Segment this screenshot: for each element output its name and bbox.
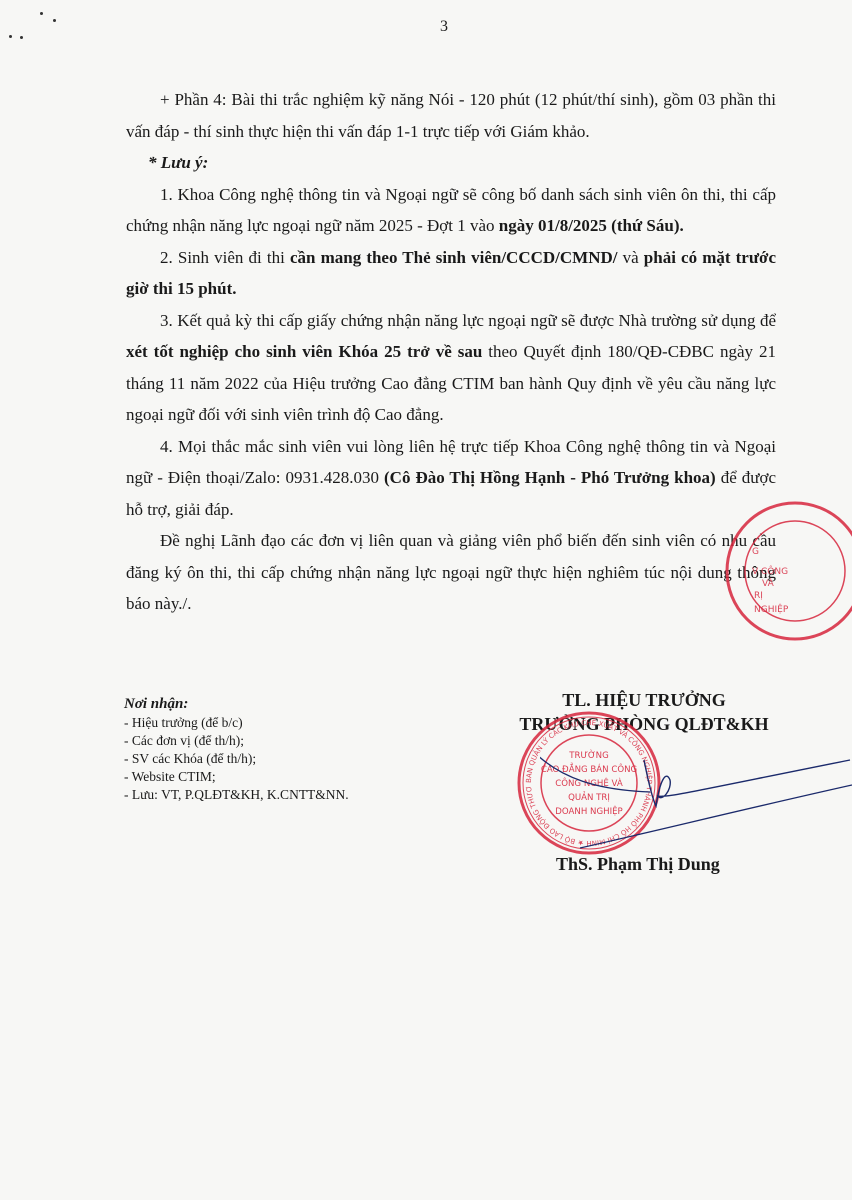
signature-title-2: TRƯỞNG PHÒNG QLĐT&KH: [494, 712, 794, 736]
svg-text:TRƯỜNG: TRƯỜNG: [568, 749, 609, 761]
svg-text:CAO ĐẲNG BÁN CÔNG: CAO ĐẲNG BÁN CÔNG: [541, 762, 637, 775]
recipient-item: - Các đơn vị (để th/h);: [124, 732, 349, 750]
document-body: + Phần 4: Bài thi trắc nghiệm kỹ năng Nó…: [126, 84, 776, 620]
note-1: 1. Khoa Công nghệ thông tin và Ngoại ngữ…: [126, 179, 776, 242]
signature-block: TL. HIỆU TRƯỞNG TRƯỞNG PHÒNG QLĐT&KH: [494, 688, 794, 736]
recipients-block: Nơi nhận: - Hiệu trưởng (để b/c) - Các đ…: [124, 694, 349, 804]
svg-text:CÔNG NGHỆ VÀ: CÔNG NGHỆ VÀ: [555, 777, 623, 789]
page-number: 3: [440, 18, 448, 36]
signer-name: ThS. Phạm Thị Dung: [556, 854, 720, 875]
document-page: 3 + Phần 4: Bài thi trắc nghiệm kỹ năng …: [0, 0, 852, 1200]
recipient-item: - Website CTIM;: [124, 768, 349, 786]
recipient-item: - Lưu: VT, P.QLĐT&KH, K.CNTT&NN.: [124, 786, 349, 804]
handwritten-signature-icon: [540, 740, 852, 850]
part4-paragraph: + Phần 4: Bài thi trắc nghiệm kỹ năng Nó…: [126, 84, 776, 147]
signature-title-1: TL. HIỆU TRƯỞNG: [494, 688, 794, 712]
scan-specks: [6, 8, 66, 38]
note-3: 3. Kết quả kỳ thi cấp giấy chứng nhận nă…: [126, 305, 776, 431]
recipient-item: - Hiệu trưởng (để b/c): [124, 714, 349, 732]
svg-text:DOANH NGHIỆP: DOANH NGHIỆP: [555, 805, 622, 817]
recipients-heading: Nơi nhận:: [124, 694, 349, 714]
closing-paragraph: Đề nghị Lãnh đạo các đơn vị liên quan và…: [126, 525, 776, 620]
note-2: 2. Sinh viên đi thi cần mang theo Thẻ si…: [126, 242, 776, 305]
svg-text:QUẢN TRỊ: QUẢN TRỊ: [568, 791, 610, 803]
note-4: 4. Mọi thắc mắc sinh viên vui lòng liên …: [126, 431, 776, 526]
recipient-item: - SV các Khóa (để th/h);: [124, 750, 349, 768]
note-heading: * Lưu ý:: [126, 147, 776, 179]
